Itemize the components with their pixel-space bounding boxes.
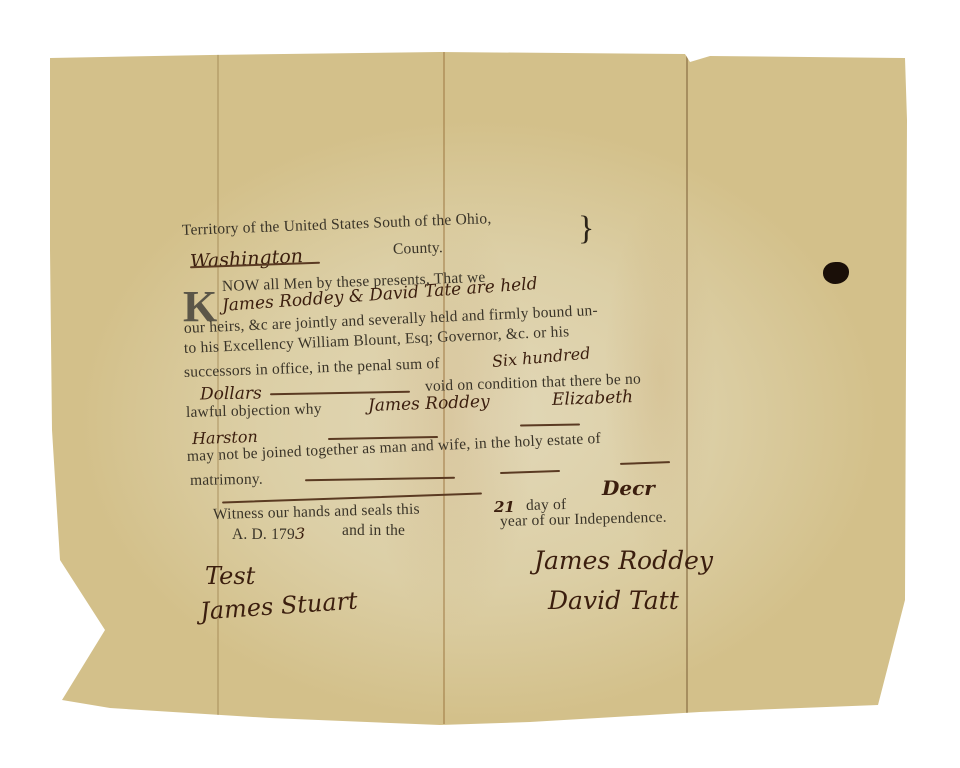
fold-line bbox=[686, 52, 688, 714]
groom-name-handwritten: James Roddey bbox=[368, 392, 490, 416]
body-line-9: matrimony. bbox=[190, 471, 263, 490]
bride-first-name-handwritten: Elizabeth bbox=[552, 387, 634, 410]
brace-mark: } bbox=[578, 210, 594, 248]
year-digit-handwritten: 3 bbox=[295, 524, 305, 543]
year-printed: A. D. 179 bbox=[232, 526, 295, 543]
body-line-7: lawful objection why bbox=[186, 400, 322, 422]
witness-line-2a: A. D. 1793 bbox=[232, 524, 305, 544]
principal-signature: James Roddey bbox=[534, 546, 713, 575]
month-handwritten: Decr bbox=[602, 476, 655, 500]
county-label: County. bbox=[393, 239, 444, 259]
document-scan: Territory of the United States South of … bbox=[0, 0, 960, 768]
surety-signature: David Tatt bbox=[548, 586, 679, 615]
witness-line-2b: and in the bbox=[342, 522, 405, 540]
test-label-handwritten: Test bbox=[205, 562, 255, 590]
